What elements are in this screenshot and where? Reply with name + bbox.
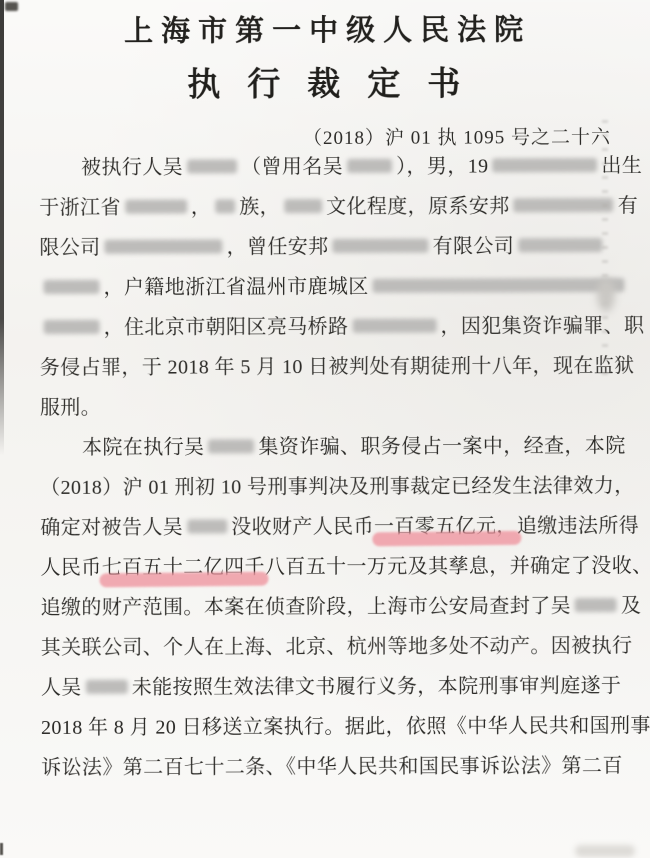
red-underlined-text: 一百零五亿元， <box>374 506 517 546</box>
text-line: 服刑。 <box>40 386 618 428</box>
scan-right-smudge <box>597 278 615 312</box>
text-line: 其关联公司、个人在上海、北京、杭州等地多处不动产。因被执行 <box>41 626 619 668</box>
body-text: ），男，19 <box>396 155 488 177</box>
body-text: 没收财产人民币 <box>231 516 374 538</box>
document-content: 上海市第一中级人民法院 执行裁定书 （2018）沪 01 执 1095 号之二十… <box>0 0 650 858</box>
text-line: 诉讼法》第二百七十二条、《中华人民共和国民事诉讼法》第二百 <box>41 746 619 788</box>
body-text: 服刑。 <box>40 397 101 419</box>
text-line: 限公司，曾任安邦有限公司 <box>39 226 617 268</box>
text-line: 2018 年 8 月 20 日移送立案执行。据此，依照《中华人民共和国刑事 <box>41 706 619 748</box>
scan-edge-dot <box>0 843 3 855</box>
scan-corner-blob <box>5 2 18 11</box>
body-text: （曾用名吴 <box>241 156 343 178</box>
document-title-text: 执行裁定书 <box>187 57 487 105</box>
redaction-blur <box>208 440 254 454</box>
redaction-blur <box>373 278 625 293</box>
body-text: 有 <box>618 195 638 217</box>
body-text: 集资诈骗、职务侵占一案中，经查，本院 <box>258 435 625 458</box>
redaction-blur <box>125 200 187 214</box>
body-text: 于浙江省 <box>39 197 121 219</box>
redaction-blur <box>187 520 227 534</box>
text-line: 人吴未能按照生效法律文书履行义务，本院刑事审判庭遂于 <box>41 666 619 708</box>
body-text: ， <box>191 196 211 218</box>
redaction-blur <box>105 240 223 254</box>
body-text: 人吴 <box>41 677 82 699</box>
text-line: 被执行人吴（曾用名吴），男，19出生 <box>39 146 617 188</box>
document-title: 执行裁定书 <box>0 57 649 106</box>
redaction-blur <box>86 680 128 694</box>
text-line: ，住北京市朝阳区亮马桥路，因犯集资诈骗罪、职 <box>40 306 618 348</box>
text-line: 务侵占罪，于 2018 年 5 月 10 日被判处有期徒刑十八年，现在监狱 <box>40 346 618 388</box>
redaction-blur <box>215 200 235 214</box>
body-text: 追缴的财产范围。本案在侦查阶段，上海市公安局查封了吴 <box>41 595 571 619</box>
body-text: 限公司 <box>39 237 100 259</box>
redaction-blur <box>347 159 392 173</box>
body-text: （2018）沪 01 刑初 10 号刑事判决及刑事裁定已经发生法律效力， <box>40 475 634 499</box>
text-line: 本院在执行吴集资诈骗、职务侵占一案中，经查，本院 <box>40 426 618 468</box>
redaction-blur <box>492 158 597 172</box>
body-text: 人民币 <box>40 557 101 579</box>
body-text: 八百五十一万元及其孳息，并确定了没收、 <box>265 555 650 578</box>
redaction-blur <box>284 199 322 213</box>
body-text: ，住北京市朝阳区亮马桥路 <box>104 316 349 339</box>
body-text: 族， <box>239 196 280 218</box>
body-text: 2018 年 8 月 20 日移送立案执行。据此，依照《中华人民共和国刑事 <box>41 715 650 739</box>
body-text: 确定对被告人吴 <box>40 516 183 538</box>
court-name-heading: 上海市第一中级人民法院 <box>0 7 649 50</box>
redaction-blur <box>575 598 617 612</box>
body-text: 其关联公司、个人在上海、北京、杭州等地多处不动产。因被执行 <box>41 635 633 659</box>
red-underlined-text: 七百五十二亿四千 <box>102 547 265 588</box>
body-text: 诉讼法》第二百七十二条、《中华人民共和国民事诉讼法》第二百 <box>41 755 623 779</box>
body-text: 务侵占罪，于 2018 年 5 月 10 日被判处有期徒刑十八年，现在监狱 <box>40 355 635 379</box>
scan-edge-shadow <box>0 0 4 455</box>
body-text: ，户籍地浙江省温州市鹿城区 <box>103 276 368 299</box>
redaction-blur <box>518 238 602 252</box>
redaction-blur <box>352 319 436 333</box>
text-line: ，户籍地浙江省温州市鹿城区 <box>39 266 617 308</box>
redaction-blur <box>333 239 429 253</box>
redaction-blur <box>43 280 99 294</box>
redaction-blur <box>514 198 614 212</box>
redaction-blur <box>44 320 100 334</box>
body-text: 有限公司 <box>433 235 515 257</box>
redaction-blur <box>187 160 237 174</box>
scan-bottom-smudge <box>575 845 635 857</box>
text-line: （2018）沪 01 刑初 10 号刑事判决及刑事裁定已经发生法律效力， <box>40 466 618 508</box>
body-text: 追缴违法所得 <box>517 515 639 537</box>
text-line: 人民币七百五十二亿四千八百五十一万元及其孳息，并确定了没收、 <box>40 546 618 588</box>
body-text: 本院在执行吴 <box>82 436 204 458</box>
body-text: 文化程度，原系安邦 <box>326 195 510 218</box>
court-name-text: 上海市第一中级人民法院 <box>124 7 531 49</box>
body-text: 被执行人吴 <box>81 156 183 178</box>
text-line: 于浙江省，族，文化程度，原系安邦有 <box>39 186 617 228</box>
scan-right-speckle <box>602 120 608 380</box>
text-line: 确定对被告人吴没收财产人民币一百零五亿元，追缴违法所得 <box>40 506 618 548</box>
document-body: 被执行人吴（曾用名吴），男，19出生于浙江省，族，文化程度，原系安邦有限公司，曾… <box>39 146 619 788</box>
body-text: 及 <box>621 595 641 617</box>
scanned-court-document: 上海市第一中级人民法院 执行裁定书 （2018）沪 01 执 1095 号之二十… <box>0 0 650 858</box>
body-text: ，曾任安邦 <box>227 236 329 258</box>
text-line: 追缴的财产范围。本案在侦查阶段，上海市公安局查封了吴及 <box>41 586 619 628</box>
body-text: ，因犯集资诈骗罪、职 <box>440 315 644 338</box>
body-text: 未能按照生效法律文书履行义务，本院刑事审判庭遂于 <box>132 675 622 699</box>
